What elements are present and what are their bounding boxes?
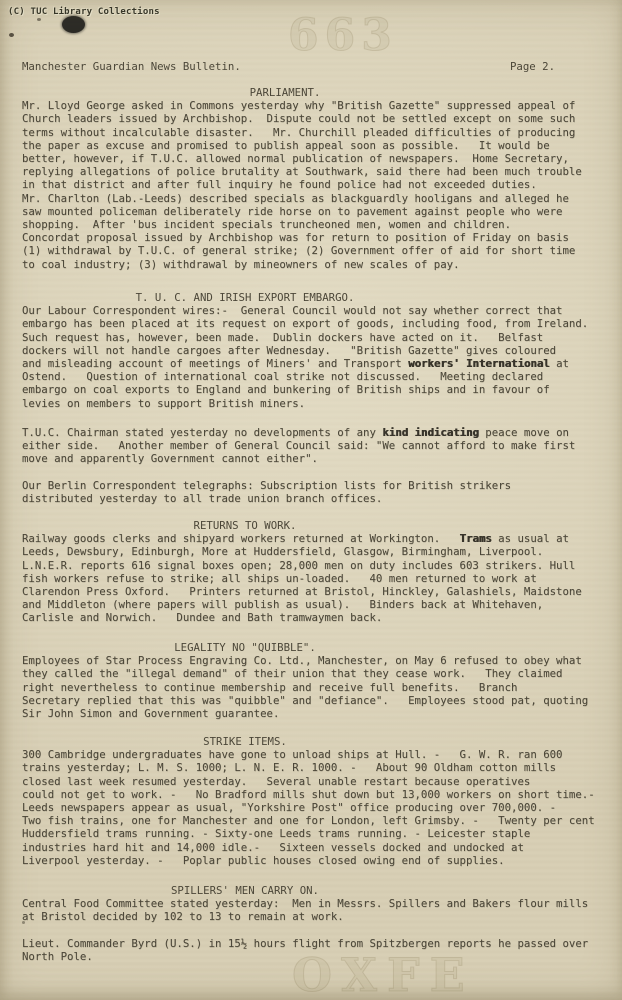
ink-speck — [9, 33, 14, 37]
bulletin-title: Manchester Guardian News Bulletin. — [22, 60, 241, 73]
section-returns-to-work: RETURNS TO WORK. Railway goods clerks an… — [22, 519, 622, 625]
section-heading-parliament: PARLIAMENT. — [22, 86, 548, 99]
scanned-document-page: (C) TUC Library Collections 663 OXFE Man… — [0, 0, 622, 1000]
ink-speck — [37, 18, 41, 21]
paragraph-embargo: Our Labour Correspondent wires:- General… — [22, 304, 622, 410]
section-spillers: SPILLERS' MEN CARRY ON. Central Food Com… — [22, 884, 622, 924]
section-berlin-correspondent: Our Berlin Correspondent telegraphs: Sub… — [22, 479, 622, 505]
section-heading-returns: RETURNS TO WORK. — [22, 519, 468, 532]
section-heading-spillers: SPILLERS' MEN CARRY ON. — [22, 884, 468, 897]
paragraph-parliament: Mr. Lloyd George asked in Commons yester… — [22, 99, 622, 271]
section-heading-strike-items: STRIKE ITEMS. — [22, 735, 468, 748]
paragraph-byrd: Lieut. Commander Byrd (U.S.) in 15½ hour… — [22, 937, 622, 963]
copyright-watermark: (C) TUC Library Collections — [8, 7, 160, 17]
section-tuc-chairman: T.U.C. Chairman stated yesterday no deve… — [22, 426, 622, 466]
page-header: Manchester Guardian News Bulletin. Page … — [22, 60, 622, 73]
paragraph-berlin: Our Berlin Correspondent telegraphs: Sub… — [22, 479, 622, 505]
section-parliament: PARLIAMENT. Mr. Lloyd George asked in Co… — [22, 86, 622, 271]
paragraph-legality: Employees of Star Process Engraving Co. … — [22, 654, 622, 720]
hole-punch — [62, 16, 85, 33]
paper-watermark-digits: 663 — [288, 10, 398, 61]
section-legality-no-quibble: LEGALITY NO "QUIBBLE". Employees of Star… — [22, 641, 622, 720]
section-irish-export-embargo: T. U. C. AND IRISH EXPORT EMBARGO. Our L… — [22, 291, 622, 410]
paragraph-chairman: T.U.C. Chairman stated yesterday no deve… — [22, 426, 622, 466]
section-heading-embargo: T. U. C. AND IRISH EXPORT EMBARGO. — [22, 291, 468, 304]
paragraph-returns: Railway goods clerks and shipyard worker… — [22, 532, 622, 624]
section-heading-legality: LEGALITY NO "QUIBBLE". — [22, 641, 468, 654]
section-strike-items: STRIKE ITEMS. 300 Cambridge undergraduat… — [22, 735, 622, 867]
paragraph-spillers: Central Food Committee stated yesterday:… — [22, 897, 622, 923]
page-number: Page 2. — [510, 60, 555, 73]
paragraph-strike-items: 300 Cambridge undergraduates have gone t… — [22, 748, 622, 867]
section-byrd-flight: Lieut. Commander Byrd (U.S.) in 15½ hour… — [22, 937, 622, 963]
